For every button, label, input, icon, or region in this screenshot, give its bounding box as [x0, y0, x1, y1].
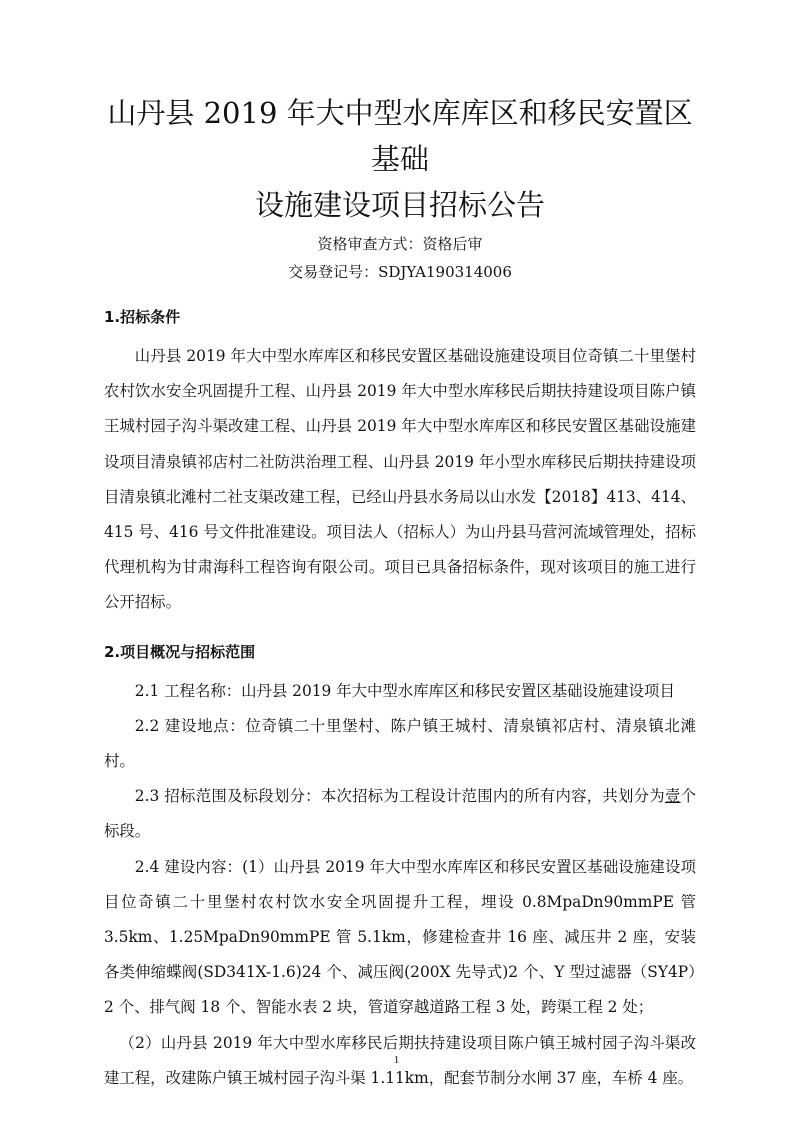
registration-number: 交易登记号：SDJYA190314006	[104, 258, 696, 286]
lot-count: 壹	[665, 787, 681, 805]
paragraph-construction-location: 2.2 建设地点：位奇镇二十里堡村、陈户镇王城村、清泉镇祁店村、清泉镇北滩村。	[104, 709, 696, 779]
paragraph-project-name: 2.1 工程名称：山丹县 2019 年大中型水库库区和移民安置区基础设施建设项目	[104, 674, 696, 709]
section-heading-bidding-conditions: 1.招标条件	[104, 300, 696, 335]
document-title-line1: 山丹县 2019 年大中型水库库区和移民安置区基础	[104, 90, 696, 182]
paragraph-bidding-scope: 2.3 招标范围及标段划分：本次招标为工程设计范围内的所有内容，共划分为壹个标段…	[104, 779, 696, 849]
review-method: 资格审查方式：资格后审	[104, 230, 696, 258]
paragraph-bidding-conditions: 山丹县 2019 年大中型水库库区和移民安置区基础设施建设项目位奇镇二十里堡村农…	[104, 339, 696, 621]
page-number: 1	[0, 1054, 793, 1066]
document-title-line2: 设施建设项目招标公告	[104, 182, 696, 228]
section-heading-project-overview: 2.项目概况与招标范围	[104, 635, 696, 670]
bidding-scope-text: 2.3 招标范围及标段划分：本次招标为工程设计范围内的所有内容，共划分为	[135, 787, 665, 805]
paragraph-construction-content-1: 2.4 建设内容：(1）山丹县 2019 年大中型水库库区和移民安置区基础设施建…	[104, 850, 696, 1026]
document-page: 山丹县 2019 年大中型水库库区和移民安置区基础 设施建设项目招标公告 资格审…	[104, 90, 696, 1096]
